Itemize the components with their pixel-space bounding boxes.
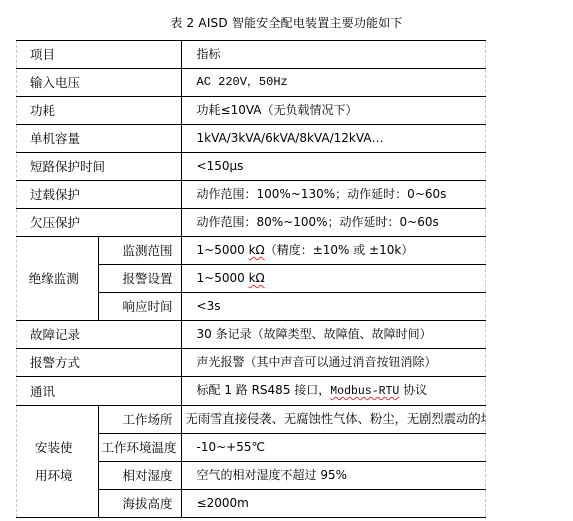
row-item: 通讯: [16, 377, 181, 406]
row-subitem: 报警设置: [98, 265, 181, 293]
row-value: <3s: [181, 293, 486, 321]
row-subitem: 相对湿度: [98, 462, 181, 490]
row-subitem: 工作环境温度: [98, 434, 181, 462]
row-value: 动作范围：100%~130%；动作延时：0~60s: [181, 181, 486, 209]
unit-kohm: kΩ: [249, 271, 265, 285]
spec-table-frame: 项目 指标 输入电压 AC 220V，50Hz 功耗 功耗≤10VA（无负载情况…: [16, 40, 486, 517]
group-installation-label: 安装使用环境: [24, 434, 90, 490]
row-subitem: 海拔高度: [98, 490, 181, 518]
row-subitem: 监测范围: [98, 237, 181, 265]
table-row: 短路保护时间 <150μs: [16, 153, 486, 181]
row-value: AC 220V，50Hz: [181, 69, 486, 97]
row-item: 欠压保护: [16, 209, 181, 237]
row-subitem: 工作场所: [98, 406, 181, 434]
row-value: 功耗≤10VA（无负载情况下）: [181, 97, 486, 125]
table-row: 安装使用环境 工作场所 无雨雪直接侵袭、无腐蚀性气体、粉尘，无剧烈震动的场所: [16, 406, 486, 434]
group-insulation: 绝缘监测: [16, 237, 98, 321]
table-row: 功耗 功耗≤10VA（无负载情况下）: [16, 97, 486, 125]
row-value: -10~+55℃: [181, 434, 486, 462]
row-item: 过载保护: [16, 181, 181, 209]
row-item: 报警方式: [16, 349, 181, 377]
value-prefix: 1~5000: [197, 271, 249, 285]
row-value: 空气的相对湿度不超过 95%: [181, 462, 486, 490]
header-spec: 指标: [181, 41, 486, 69]
row-value: <150μs: [181, 153, 486, 181]
group-label-line1: 安装使: [35, 440, 73, 455]
row-value: 1~5000 kΩ（精度：±10% 或 ±10k）: [181, 237, 486, 265]
group-label-line2: 用环境: [35, 468, 73, 483]
row-value: ≤2000m: [181, 490, 486, 518]
row-value: 无雨雪直接侵袭、无腐蚀性气体、粉尘，无剧烈震动的场所: [181, 406, 486, 434]
protocol-name: Modbus-RTU: [330, 385, 399, 398]
group-installation: 安装使用环境: [16, 406, 98, 518]
value-suffix: （精度：±10% 或 ±10k）: [265, 243, 414, 257]
row-value: 1~5000 kΩ: [181, 265, 486, 293]
header-item: 项目: [16, 41, 181, 69]
table-row: 单机容量 1kVA/3kVA/6kVA/8kVA/12kVA…: [16, 125, 486, 153]
row-value: 30 条记录（故障类型、故障值、故障时间）: [181, 321, 486, 349]
table-row: 过载保护 动作范围：100%~130%；动作延时：0~60s: [16, 181, 486, 209]
table-row: 故障记录 30 条记录（故障类型、故障值、故障时间）: [16, 321, 486, 349]
row-value: 动作范围：80%~100%；动作延时：0~60s: [181, 209, 486, 237]
row-item: 短路保护时间: [16, 153, 181, 181]
value-prefix: 标配 1 路 RS485 接口，: [197, 383, 331, 397]
row-value: 1kVA/3kVA/6kVA/8kVA/12kVA…: [181, 125, 486, 153]
row-item: 故障记录: [16, 321, 181, 349]
row-value: 标配 1 路 RS485 接口，Modbus-RTU 协议: [181, 377, 486, 406]
table-header-row: 项目 指标: [16, 41, 486, 69]
group-insulation-label: 绝缘监测: [24, 265, 90, 293]
table-row: 绝缘监测 监测范围 1~5000 kΩ（精度：±10% 或 ±10k）: [16, 237, 486, 265]
row-item: 单机容量: [16, 125, 181, 153]
table-row: 欠压保护 动作范围：80%~100%；动作延时：0~60s: [16, 209, 486, 237]
row-item: 功耗: [16, 97, 181, 125]
value-prefix: 1~5000: [197, 243, 249, 257]
row-value: 声光报警（其中声音可以通过消音按钮消除）: [181, 349, 486, 377]
spec-table: 项目 指标 输入电压 AC 220V，50Hz 功耗 功耗≤10VA（无负载情况…: [16, 40, 486, 518]
table-row: 报警方式 声光报警（其中声音可以通过消音按钮消除）: [16, 349, 486, 377]
value-suffix: 协议: [399, 383, 427, 397]
unit-kohm: kΩ: [249, 243, 265, 257]
row-subitem: 响应时间: [98, 293, 181, 321]
table-row: 通讯 标配 1 路 RS485 接口，Modbus-RTU 协议: [16, 377, 486, 406]
row-item: 输入电压: [16, 69, 181, 97]
table-row: 输入电压 AC 220V，50Hz: [16, 69, 486, 97]
table-caption: 表 2 AISD 智能安全配电装置主要功能如下: [0, 14, 573, 32]
